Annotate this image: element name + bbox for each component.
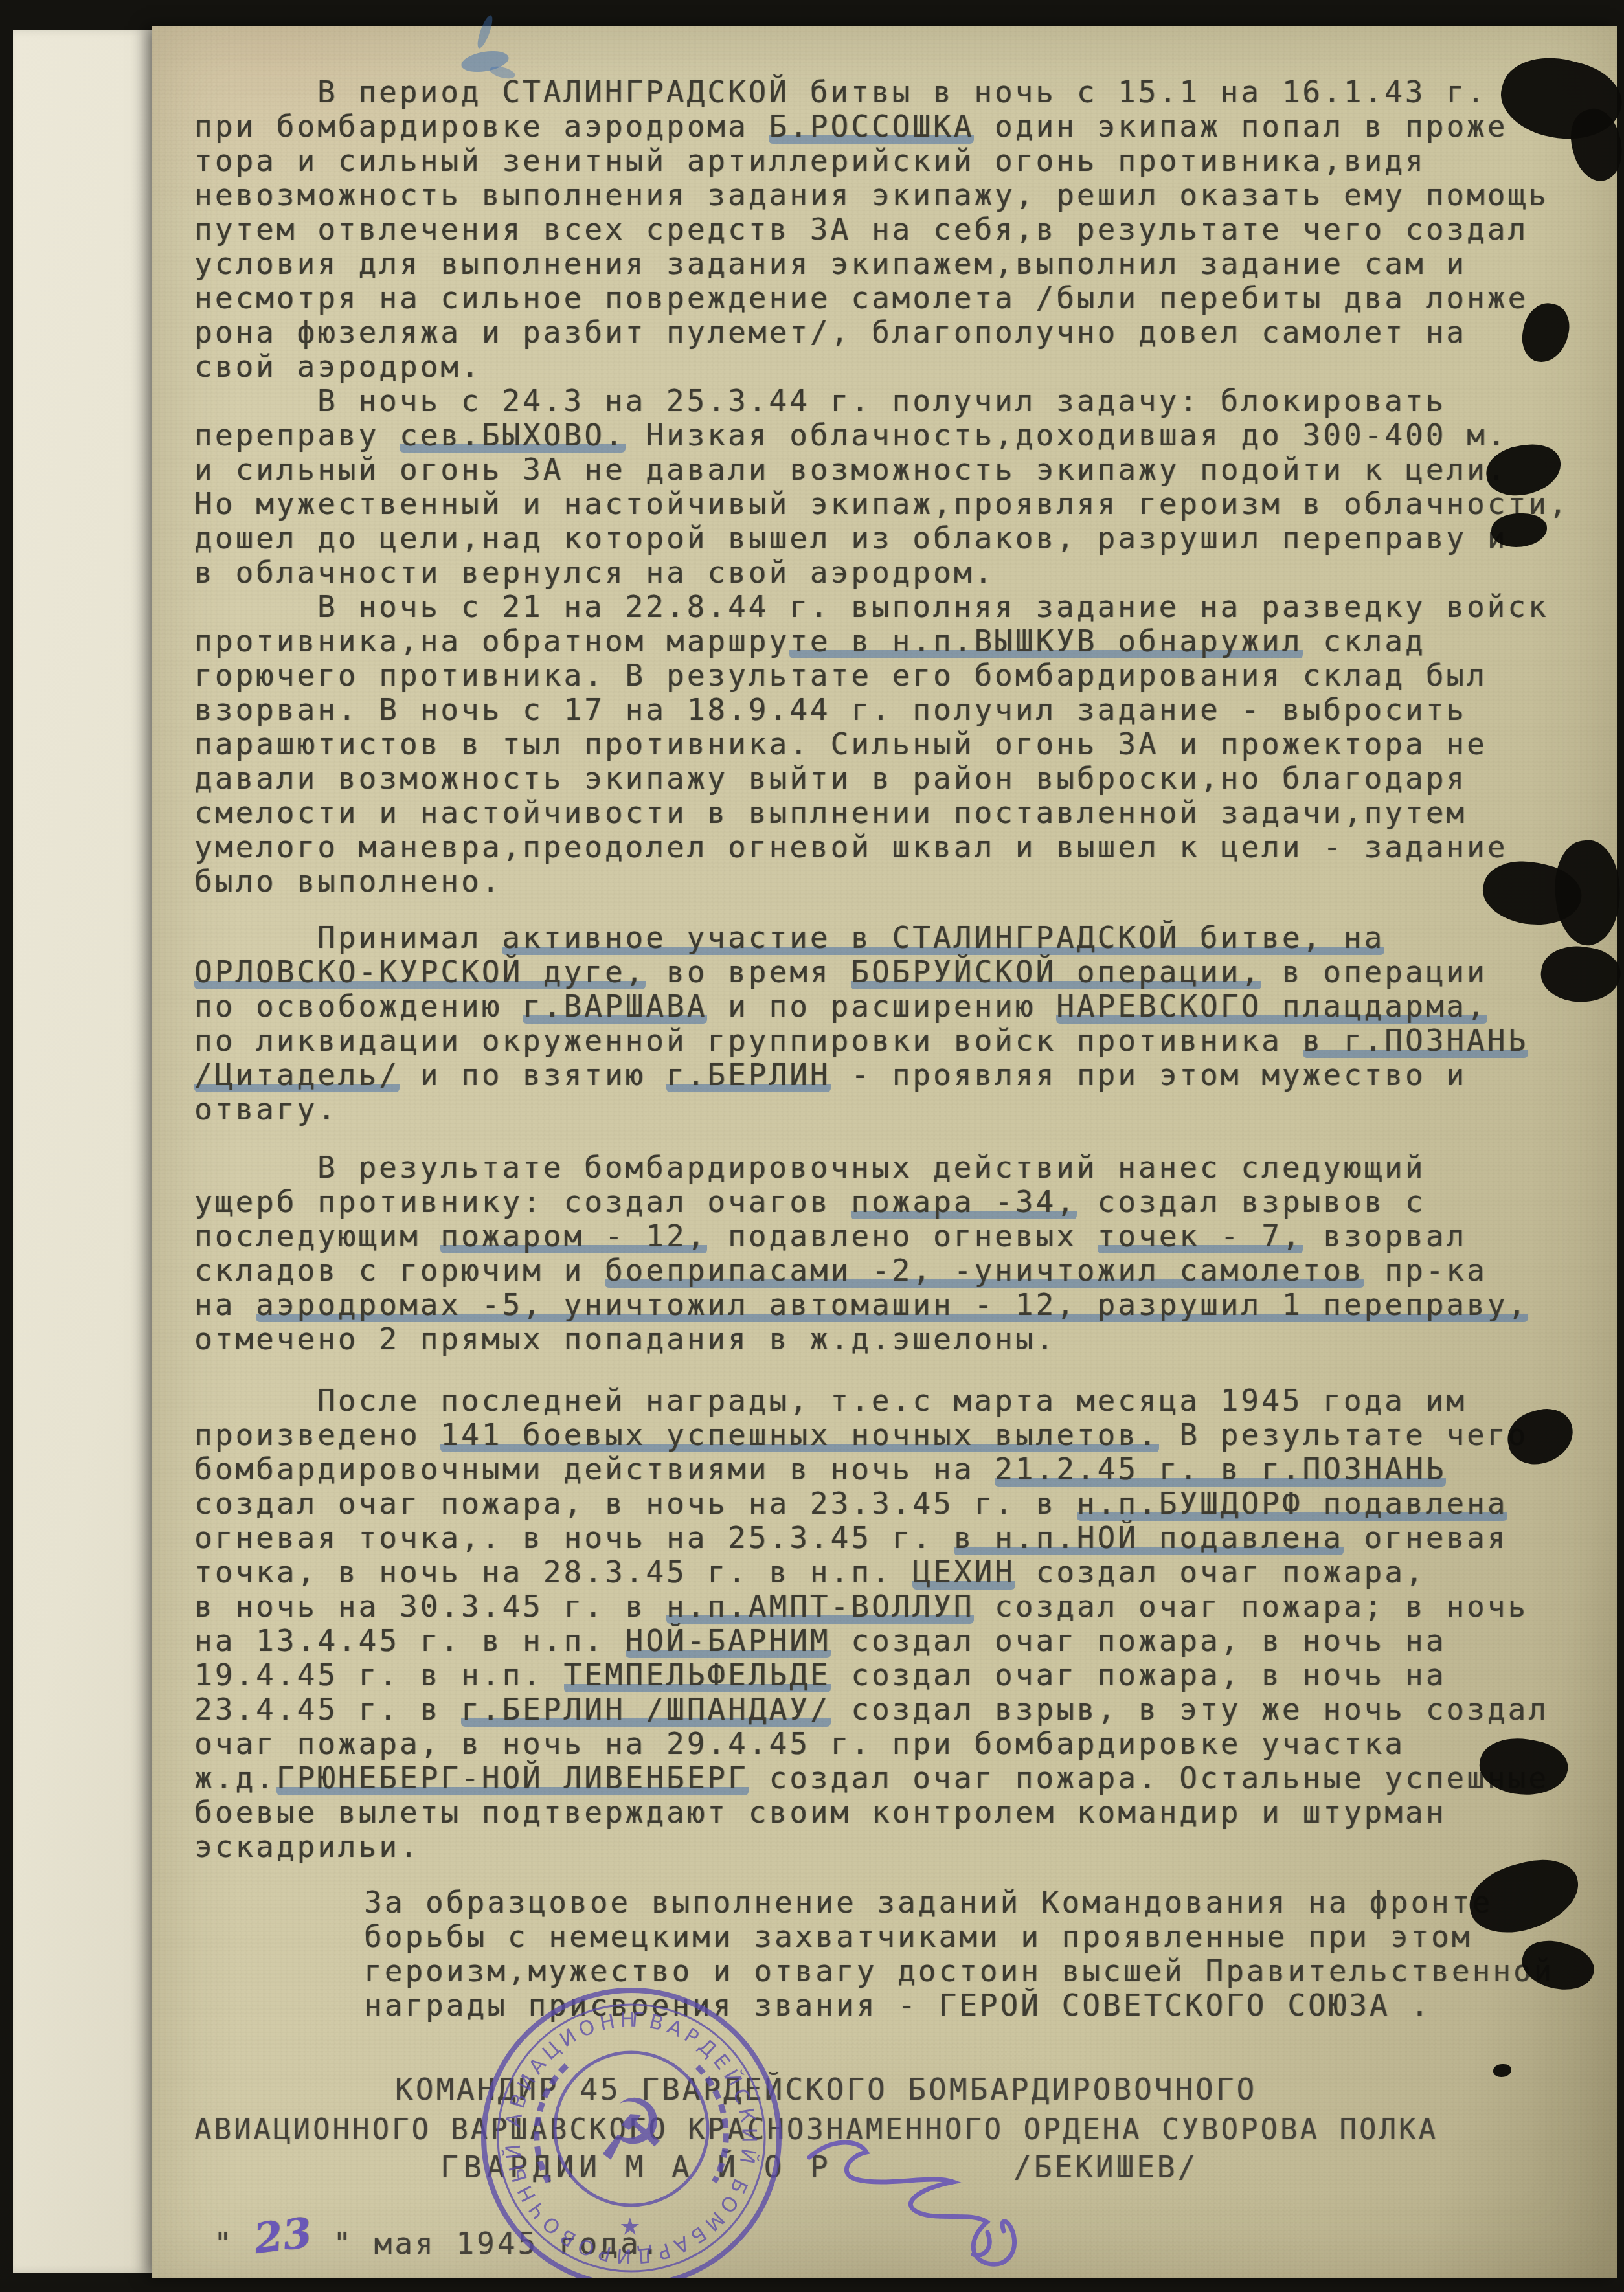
paragraph: В ночь с 24.3 на 25.3.44 г. получил зада… [194, 384, 1599, 590]
doc-line: отвагу. [194, 1092, 1599, 1127]
doc-line: на 13.4.45 г. в н.п. НОЙ-БАРНИМ создал о… [194, 1624, 1599, 1658]
doc-line: по освобождению г.ВАРШАВА и по расширени… [194, 989, 1599, 1024]
pencil-underlined-text: пожара -34, [851, 1184, 1077, 1219]
doc-line: на аэродромах -5, уничтожил автомашин - … [194, 1288, 1599, 1322]
doc-line: Но мужественный и настойчивый экипаж,про… [194, 487, 1599, 521]
document-paper: В период СТАЛИНГРАДСКОЙ битвы в ночь с 1… [152, 26, 1617, 2278]
pencil-underlined-text: ОРЛОВСКО-КУРСКОЙ дуге, [194, 954, 646, 989]
paragraph: В ночь с 21 на 22.8.44 г. выполняя задан… [194, 590, 1599, 899]
doc-line: За образцовое выполнение заданий Командо… [194, 1885, 1599, 1920]
pencil-underlined-text: ТЕМПЕЛЬФЕЛЬДЕ [564, 1657, 831, 1692]
typed-text: - проявляя при этом мужество и [831, 1057, 1467, 1092]
doc-line: взорван. В ночь с 17 на 18.9.44 г. получ… [194, 693, 1599, 727]
typed-text: последующим [194, 1219, 440, 1253]
date-line: " 23 " мая 1945 года. [214, 2216, 661, 2264]
typed-text: 19.4.45 г. в н.п. [194, 1657, 564, 1692]
doc-line: путем отвлечения всех средств ЗА на себя… [194, 212, 1599, 247]
pencil-underlined-text: ГРЮНЕБЕРГ-НОЙ ЛИВЕНБЕРГ [276, 1760, 749, 1795]
pencil-underlined-text: активное участие в СТАЛИНГРАДСКОЙ битве,… [502, 920, 1384, 955]
pencil-underlined-text: в г.ПОЗНАНЬ [1303, 1023, 1529, 1058]
typed-text: и по расширению [707, 989, 1056, 1024]
typed-text: очаг пожара, в ночь на 29.4.45 г. при бо… [194, 1726, 1405, 1761]
doc-line: последующим пожаром - 12, подавлено огне… [194, 1219, 1599, 1253]
typed-text: путем отвлечения всех средств ЗА на себя… [194, 212, 1528, 247]
typed-text: создал очаг пожара, в ночь на [831, 1623, 1447, 1658]
typed-text: один экипаж попал в проже [974, 109, 1507, 144]
doc-line: награды присвоения звания - ГЕРОЙ СОВЕТС… [194, 1988, 1599, 2023]
typed-text: За образцовое выполнение заданий Командо… [364, 1885, 1493, 1920]
doc-line: В ночь с 24.3 на 25.3.44 г. получил зада… [194, 384, 1599, 418]
typed-text: создал очаг пожара, в ночь на [831, 1657, 1447, 1692]
typed-text: отмечено 2 прямых попадания в ж.д.эшелон… [194, 1321, 1056, 1356]
typed-text: эскадрильи. [194, 1829, 420, 1864]
typed-text: в операции [1261, 954, 1487, 989]
pencil-underlined-text: точек - 7, [1098, 1219, 1303, 1253]
typed-text: произведено [194, 1417, 440, 1452]
doc-line: точка, в ночь на 28.3.45 г. в н.п. ЦЕХИН… [194, 1555, 1599, 1590]
typed-text: создал очаг пожара. Остальные успешные [749, 1760, 1549, 1795]
doc-line: бомбардировочными действиями в ночь на 2… [194, 1452, 1599, 1487]
paragraph: В период СТАЛИНГРАДСКОЙ битвы в ночь с 1… [194, 75, 1599, 384]
doc-line: В период СТАЛИНГРАДСКОЙ битвы в ночь с 1… [194, 75, 1599, 109]
typed-text: на [194, 1287, 256, 1322]
typed-text: героизм,мужество и отвагу достоин высшей… [364, 1953, 1554, 1988]
typed-text: свой аэродром. [194, 349, 482, 384]
doc-line: смелости и настойчивости в выплнении пос… [194, 796, 1599, 830]
backing-sheet [13, 30, 158, 2273]
pencil-underlined-text: г.ВАРШАВА [523, 989, 707, 1024]
doc-line: огневая точка,. в ночь на 25.3.45 г. в н… [194, 1521, 1599, 1555]
typed-text: несмотря на сильное повреждение самолета… [194, 280, 1528, 315]
typed-text: в ночь на 30.3.45 г. в [194, 1589, 666, 1624]
pencil-underlined-text: боеприпасами -2, -уничтожил самолетов [605, 1253, 1364, 1288]
signature-line-rank: ГВАРДИИ М А Й О Р [440, 2150, 833, 2185]
typed-text: взорвал [1303, 1219, 1467, 1253]
typed-text: пр-ка [1364, 1253, 1487, 1288]
paragraph: За образцовое выполнение заданий Командо… [194, 1885, 1599, 2023]
typed-text: огневая [1344, 1520, 1508, 1555]
doc-line: переправу сев.БЫХОВО. Низкая облачность,… [194, 418, 1599, 453]
pencil-underlined-text: г.БЕРЛИН [666, 1057, 831, 1092]
signature-line-name: /БЕКИШЕВ/ [1013, 2150, 1198, 2185]
date-rest: мая 1945 года. [354, 2226, 661, 2261]
typed-text: тора и сильный зенитный артиллерийский о… [194, 143, 1426, 178]
doc-line: в ночь на 30.3.45 г. в н.п.АМПТ-ВОЛЛУП с… [194, 1590, 1599, 1624]
typed-text: невозможность выполнения задания экипажу… [194, 177, 1549, 212]
typed-text: подавлено огневых [707, 1219, 1097, 1253]
typed-text: ж.д. [194, 1760, 276, 1795]
pencil-underlined-text: в н.п.НОЙ подавлена [954, 1520, 1344, 1555]
date-close-quote: " [333, 2226, 354, 2261]
pencil-underlined-text: те в н.п.ВЫШКУВ обнаружил [789, 624, 1302, 658]
typed-text: противника,на обратном маршру [194, 624, 789, 658]
doc-line: 23.4.45 г. в г.БЕРЛИН /ШПАНДАУ/ создал в… [194, 1692, 1599, 1727]
paragraph: Принимал активное участие в СТАЛИНГРАДСК… [194, 921, 1599, 1127]
typed-text: Но мужественный и настойчивый экипаж,про… [194, 486, 1570, 521]
doc-line: очаг пожара, в ночь на 29.4.45 г. при бо… [194, 1727, 1599, 1761]
doc-line: 19.4.45 г. в н.п. ТЕМПЕЛЬФЕЛЬДЕ создал о… [194, 1658, 1599, 1692]
typed-text: складов с горючим и [194, 1253, 605, 1288]
doc-line: умелого маневра,преодолел огневой шквал … [194, 830, 1599, 864]
doc-line: невозможность выполнения задания экипажу… [194, 178, 1599, 212]
doc-line: героизм,мужество и отвагу достоин высшей… [194, 1954, 1599, 1988]
typed-text: награды присвоения звания - ГЕРОЙ СОВЕТС… [364, 1988, 1431, 2023]
typed-text: давали возможность экипажу выйти в район… [194, 761, 1467, 796]
typed-text: в облачности вернулся на свой аэродром. [194, 555, 995, 590]
typed-text: и по взятию [400, 1057, 666, 1092]
doc-line: дошел до цели,над которой вышел из облак… [194, 521, 1599, 556]
date-open-quote: " [214, 2226, 234, 2261]
typed-text: Принимал [317, 920, 502, 955]
doc-line: После последней награды, т.е.с марта мес… [194, 1384, 1599, 1418]
typed-text: на 13.4.45 г. в н.п. [194, 1623, 626, 1658]
pencil-underlined-text: НАРЕВСКОГО плацдарма, [1056, 989, 1487, 1024]
typed-text: В период СТАЛИНГРАДСКОЙ битвы в ночь с 1… [317, 74, 1487, 109]
typed-text: во время [646, 954, 851, 989]
typed-text: 23.4.45 г. в [194, 1692, 461, 1727]
doc-line: Принимал активное участие в СТАЛИНГРАДСК… [194, 921, 1599, 955]
paragraph: В результате бомбардировочных действий н… [194, 1151, 1599, 1356]
typed-text: После последней награды, т.е.с марта мес… [317, 1383, 1467, 1418]
pencil-underlined-text: г.БЕРЛИН /ШПАНДАУ/ [461, 1692, 831, 1727]
typed-text: переправу [194, 418, 400, 453]
pencil-underlined-text: ЦЕХИН [912, 1555, 1015, 1590]
pencil-underlined-text: НОЙ-БАРНИМ [626, 1623, 831, 1658]
typed-text: парашютистов в тыл противника. Сильный о… [194, 726, 1487, 761]
pencil-underlined-text: пожаром - 12, [440, 1219, 707, 1253]
signature-line-unit: КОМАНДИР 45 ГВАРДЕЙСКОГО БОМБАРДИРОВОЧНО… [395, 2072, 1257, 2107]
typed-text: создал очаг пожара, [1015, 1555, 1426, 1590]
typed-text: по ликвидации окруженной группировки вой… [194, 1023, 1303, 1058]
doc-line: эскадрильи. [194, 1830, 1599, 1864]
typed-text: В результате чего [1159, 1417, 1529, 1452]
doc-line: создал очаг пожара, в ночь на 23.3.45 г.… [194, 1487, 1599, 1521]
typed-text: отвагу. [194, 1092, 338, 1127]
doc-line: /Цитадель/ и по взятию г.БЕРЛИН - проявл… [194, 1058, 1599, 1092]
doc-line: ущерб противнику: создал очагов пожара -… [194, 1185, 1599, 1219]
typed-text: бомбардировочными действиями в ночь на [194, 1452, 995, 1487]
typed-text: рона фюзеляжа и разбит пулемет/, благопо… [194, 315, 1467, 350]
pencil-underlined-text: Б.РОССОШКА [769, 109, 974, 144]
typed-text: условия для выполнения задания экипажем,… [194, 246, 1467, 281]
typed-text: Низкая облачность,доходившая до 300-400 … [626, 418, 1508, 453]
doc-line: тора и сильный зенитный артиллерийский о… [194, 144, 1599, 178]
doc-line: ОРЛОВСКО-КУРСКОЙ дуге, во время БОБРУЙСК… [194, 955, 1599, 989]
paragraph: После последней награды, т.е.с марта мес… [194, 1384, 1599, 1864]
typed-text: по освобождению [194, 989, 523, 1024]
doc-line: боевые вылеты подтверждают своим контрол… [194, 1795, 1599, 1830]
typed-text: создал очаг пожара; в ночь [974, 1589, 1528, 1624]
typed-text: боевые вылеты подтверждают своим контрол… [194, 1795, 1446, 1830]
typed-text: В ночь с 21 на 22.8.44 г. выполняя задан… [317, 589, 1549, 624]
typed-text: создал взрыв, в эту же ночь создал [831, 1692, 1549, 1727]
doc-line: было выполнено. [194, 864, 1599, 899]
doc-line: и сильный огонь ЗА не давали возможность… [194, 453, 1599, 487]
pencil-underlined-text: /Цитадель/ [194, 1057, 400, 1092]
doc-line: противника,на обратном маршруте в н.п.ВЫ… [194, 624, 1599, 658]
doc-line: свой аэродром. [194, 350, 1599, 384]
typed-text: при бомбардировке аэродрома [194, 109, 769, 144]
doc-line: складов с горючим и боеприпасами -2, -ун… [194, 1253, 1599, 1288]
typed-text: взорван. В ночь с 17 на 18.9.44 г. получ… [194, 692, 1467, 727]
doc-line: отмечено 2 прямых попадания в ж.д.эшелон… [194, 1322, 1599, 1356]
typed-text: смелости и настойчивости в выплнении пос… [194, 795, 1467, 830]
scanned-document-page: В период СТАЛИНГРАДСКОЙ битвы в ночь с 1… [0, 0, 1624, 2292]
doc-line: в облачности вернулся на свой аэродром. [194, 556, 1599, 590]
doc-line: при бомбардировке аэродрома Б.РОССОШКА о… [194, 109, 1599, 144]
signature-line-regiment: АВИАЦИОННОГО ВАРШАВСКОГО КРАСНОЗНАМЕННОГ… [194, 2113, 1438, 2146]
typed-text: точка, в ночь на 28.3.45 г. в н.п. [194, 1555, 912, 1590]
doc-line: по ликвидации окруженной группировки вой… [194, 1024, 1599, 1058]
typed-text: борьбы с немецкими захватчиками и проявл… [364, 1919, 1472, 1954]
typed-text: создал взрывов с [1077, 1184, 1426, 1219]
typed-text: склад [1303, 624, 1426, 658]
doc-line: несмотря на сильное повреждение самолета… [194, 281, 1599, 315]
doc-line: рона фюзеляжа и разбит пулемет/, благопо… [194, 315, 1599, 350]
doc-line: парашютистов в тыл противника. Сильный о… [194, 727, 1599, 761]
typed-text: было выполнено. [194, 864, 502, 899]
typed-text: горючего противника. В результате его бо… [194, 658, 1487, 693]
typed-text: дошел до цели,над которой вышел из облак… [194, 521, 1507, 556]
pencil-underlined-text: 21.2.45 г. в г.ПОЗНАНЬ [995, 1452, 1446, 1487]
typed-text: и сильный огонь ЗА не давали возможность… [194, 452, 1507, 487]
doc-line: произведено 141 боевых успешных ночных в… [194, 1418, 1599, 1452]
body-text: В период СТАЛИНГРАДСКОЙ битвы в ночь с 1… [194, 75, 1599, 2023]
typed-text: создал очаг пожара, в ночь на 23.3.45 г.… [194, 1486, 1077, 1521]
doc-line: давали возможность экипажу выйти в район… [194, 761, 1599, 796]
typed-text: умелого маневра,преодолел огневой шквал … [194, 829, 1507, 864]
doc-line: борьбы с немецкими захватчиками и проявл… [194, 1920, 1599, 1954]
pencil-underlined-text: аэродромах -5, уничтожил автомашин - 12,… [256, 1287, 1528, 1322]
doc-line: условия для выполнения задания экипажем,… [194, 247, 1599, 281]
doc-line: В ночь с 21 на 22.8.44 г. выполняя задан… [194, 590, 1599, 624]
pencil-underlined-text: БОБРУЙСКОЙ операции, [851, 954, 1261, 989]
typed-text: огневая точка,. в ночь на 25.3.45 г. [194, 1520, 954, 1555]
handwritten-signature [809, 2142, 1015, 2264]
pencil-underlined-text: сев.БЫХОВО. [400, 418, 626, 453]
doc-line: В результате бомбардировочных действий н… [194, 1151, 1599, 1185]
doc-line: горючего противника. В результате его бо… [194, 658, 1599, 693]
handwritten-day: 23 [251, 2208, 315, 2264]
doc-line: ж.д.ГРЮНЕБЕРГ-НОЙ ЛИВЕНБЕРГ создал очаг … [194, 1761, 1599, 1795]
pencil-underlined-text: н.п.АМПТ-ВОЛЛУП [666, 1589, 974, 1624]
pencil-underlined-text: н.п.БУШДОРФ подавлена [1077, 1486, 1508, 1521]
typed-text: В ночь с 24.3 на 25.3.44 г. получил зада… [317, 383, 1446, 418]
pencil-underlined-text: 141 боевых успешных ночных вылетов. [440, 1417, 1158, 1452]
typed-text: В результате бомбардировочных действий н… [317, 1150, 1426, 1185]
typed-text: ущерб противнику: создал очагов [194, 1184, 851, 1219]
